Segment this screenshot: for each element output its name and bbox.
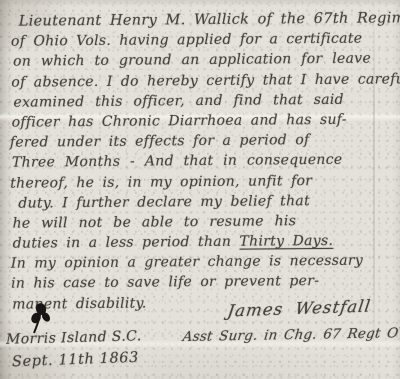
underlined-phrase: Thirty Days.: [239, 233, 333, 250]
place-line: Morris Island S.C.: [6, 328, 142, 348]
text-line: Three Months - And that in consequence: [12, 150, 396, 174]
signature-title: Asst Surg. in Chg. 67 Regt OVI: [182, 325, 400, 345]
certificate-body: Lieutenant Henry M. Wallick of the 67th …: [9, 8, 398, 314]
signature-name: James Westfall: [226, 297, 372, 321]
text-line-prefix: duties in a less period than: [13, 234, 232, 252]
text-line: In my opinion a greater change is necess…: [11, 251, 397, 275]
date-line: Sept. 11th 1863: [12, 350, 139, 370]
text-line: on which to ground an application for le…: [13, 49, 395, 73]
text-line: officer has Chronic Diarrhoea and has su…: [12, 109, 396, 133]
document-page: Lieutenant Henry M. Wallick of the 67th …: [0, 0, 400, 379]
